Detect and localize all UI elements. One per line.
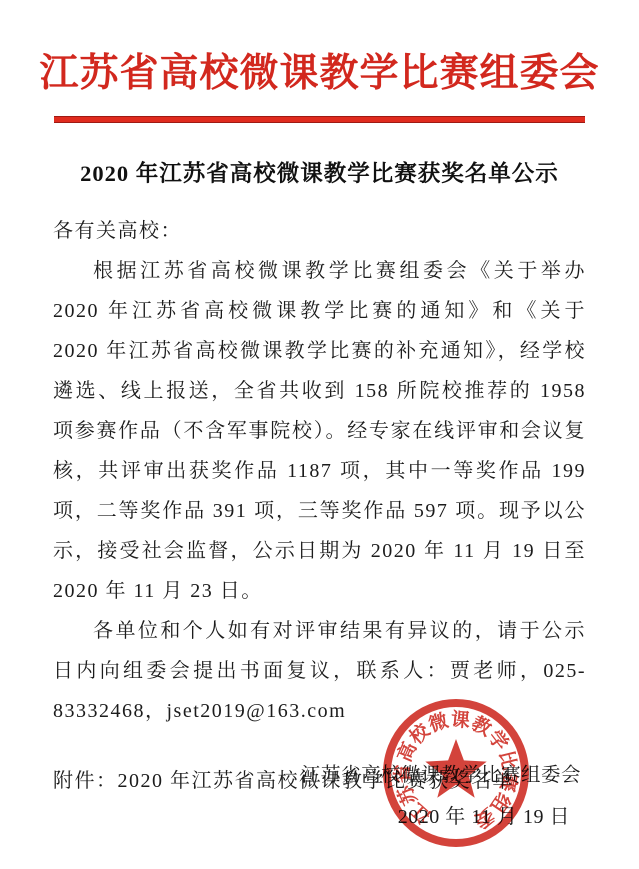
letterhead-title: 江苏省高校微课教学比赛组委会 <box>0 50 639 98</box>
document-body: 各有关高校： 根据江苏省高校微课教学比赛组委会《关于举办 2020 年江苏省高校… <box>53 211 586 731</box>
signature-date: 2020 年 11 月 19 日 <box>0 803 639 831</box>
salutation: 各有关高校： <box>53 211 586 251</box>
letterhead-rule <box>54 116 585 123</box>
official-document-page: 江苏省高校微课教学比赛组委会 2020 年江苏省高校微课教学比赛获奖名单公示 各… <box>0 0 639 869</box>
paragraph-contact: 各单位和个人如有对评审结果有异议的，请于公示日内向组委会提出书面复议，联系人：贾… <box>53 611 586 731</box>
paragraph-main: 根据江苏省高校微课教学比赛组委会《关于举办 2020 年江苏省高校微课教学比赛的… <box>53 251 586 611</box>
signature-org: 江苏省高校微课教学比赛组委会 <box>0 762 639 790</box>
signature-block: 江苏省高校微课教学比赛组委会 2020 年 11 月 19 日 <box>0 762 639 831</box>
document-title: 2020 年江苏省高校微课教学比赛获奖名单公示 <box>0 156 639 188</box>
